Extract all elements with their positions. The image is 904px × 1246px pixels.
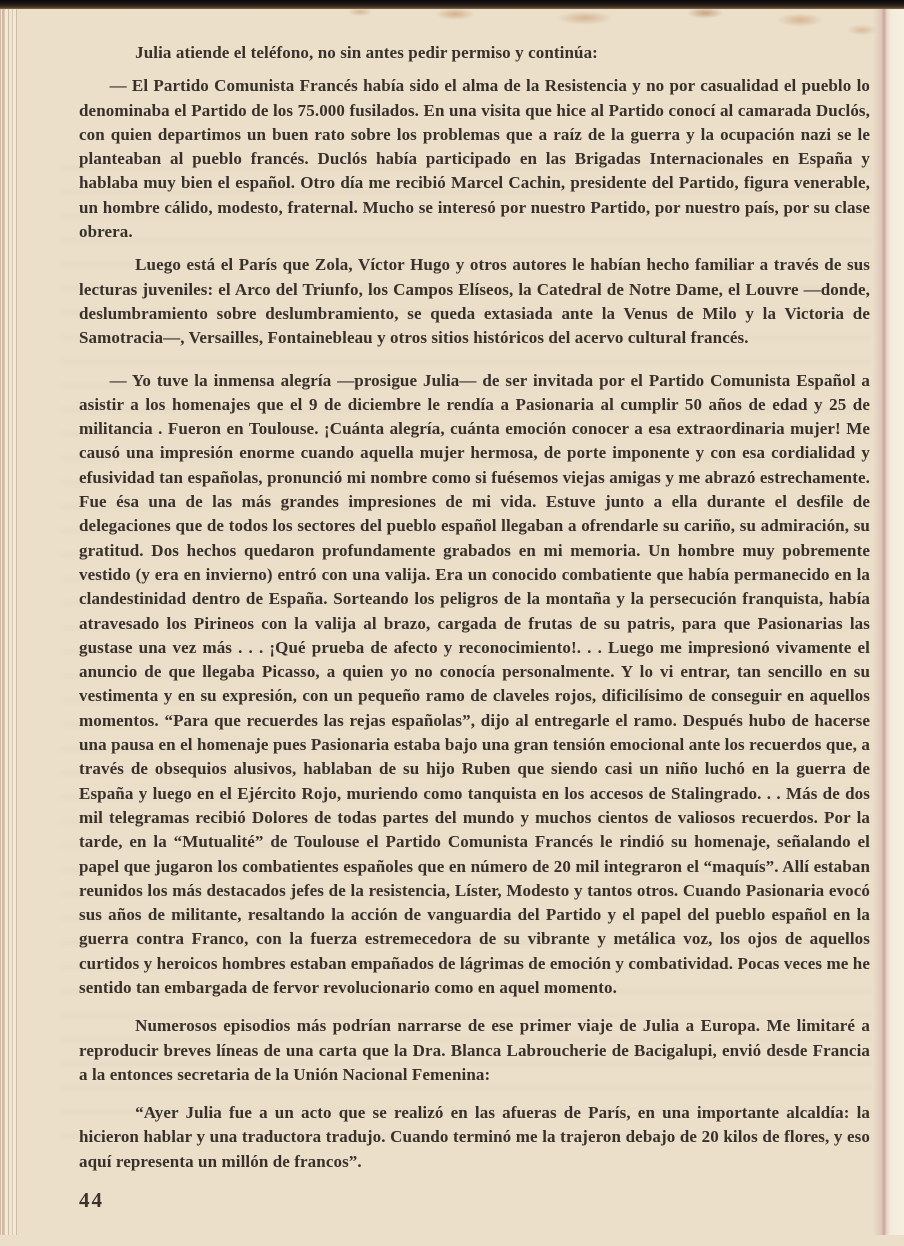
right-fore-edge <box>873 9 904 1235</box>
scanned-book-page: Julia atiende el teléfono, no sin antes … <box>0 0 904 1246</box>
left-pink-edge-line <box>2 9 4 1235</box>
page-number: 44 <box>79 1188 104 1213</box>
left-page-edges <box>0 9 17 1235</box>
paragraph-dialog-1: — El Partido Comunista Francés había sid… <box>79 74 870 244</box>
paragraph-letter-quote: “Ayer Julia fue a un acto que se realizó… <box>79 1101 870 1174</box>
paragraph-letter-intro: Numerosos episodios más podrían narrarse… <box>79 1014 870 1087</box>
paragraph-paris: Luego está el París que Zola, Víctor Hug… <box>79 253 870 350</box>
body-text: Julia atiende el teléfono, no sin antes … <box>79 41 870 1174</box>
paragraph-intro: Julia atiende el teléfono, no sin antes … <box>79 41 870 65</box>
top-scan-edge-band <box>0 0 904 9</box>
paragraph-dialog-2: — Yo tuve la inmensa alegría —prosigue J… <box>79 369 870 1001</box>
